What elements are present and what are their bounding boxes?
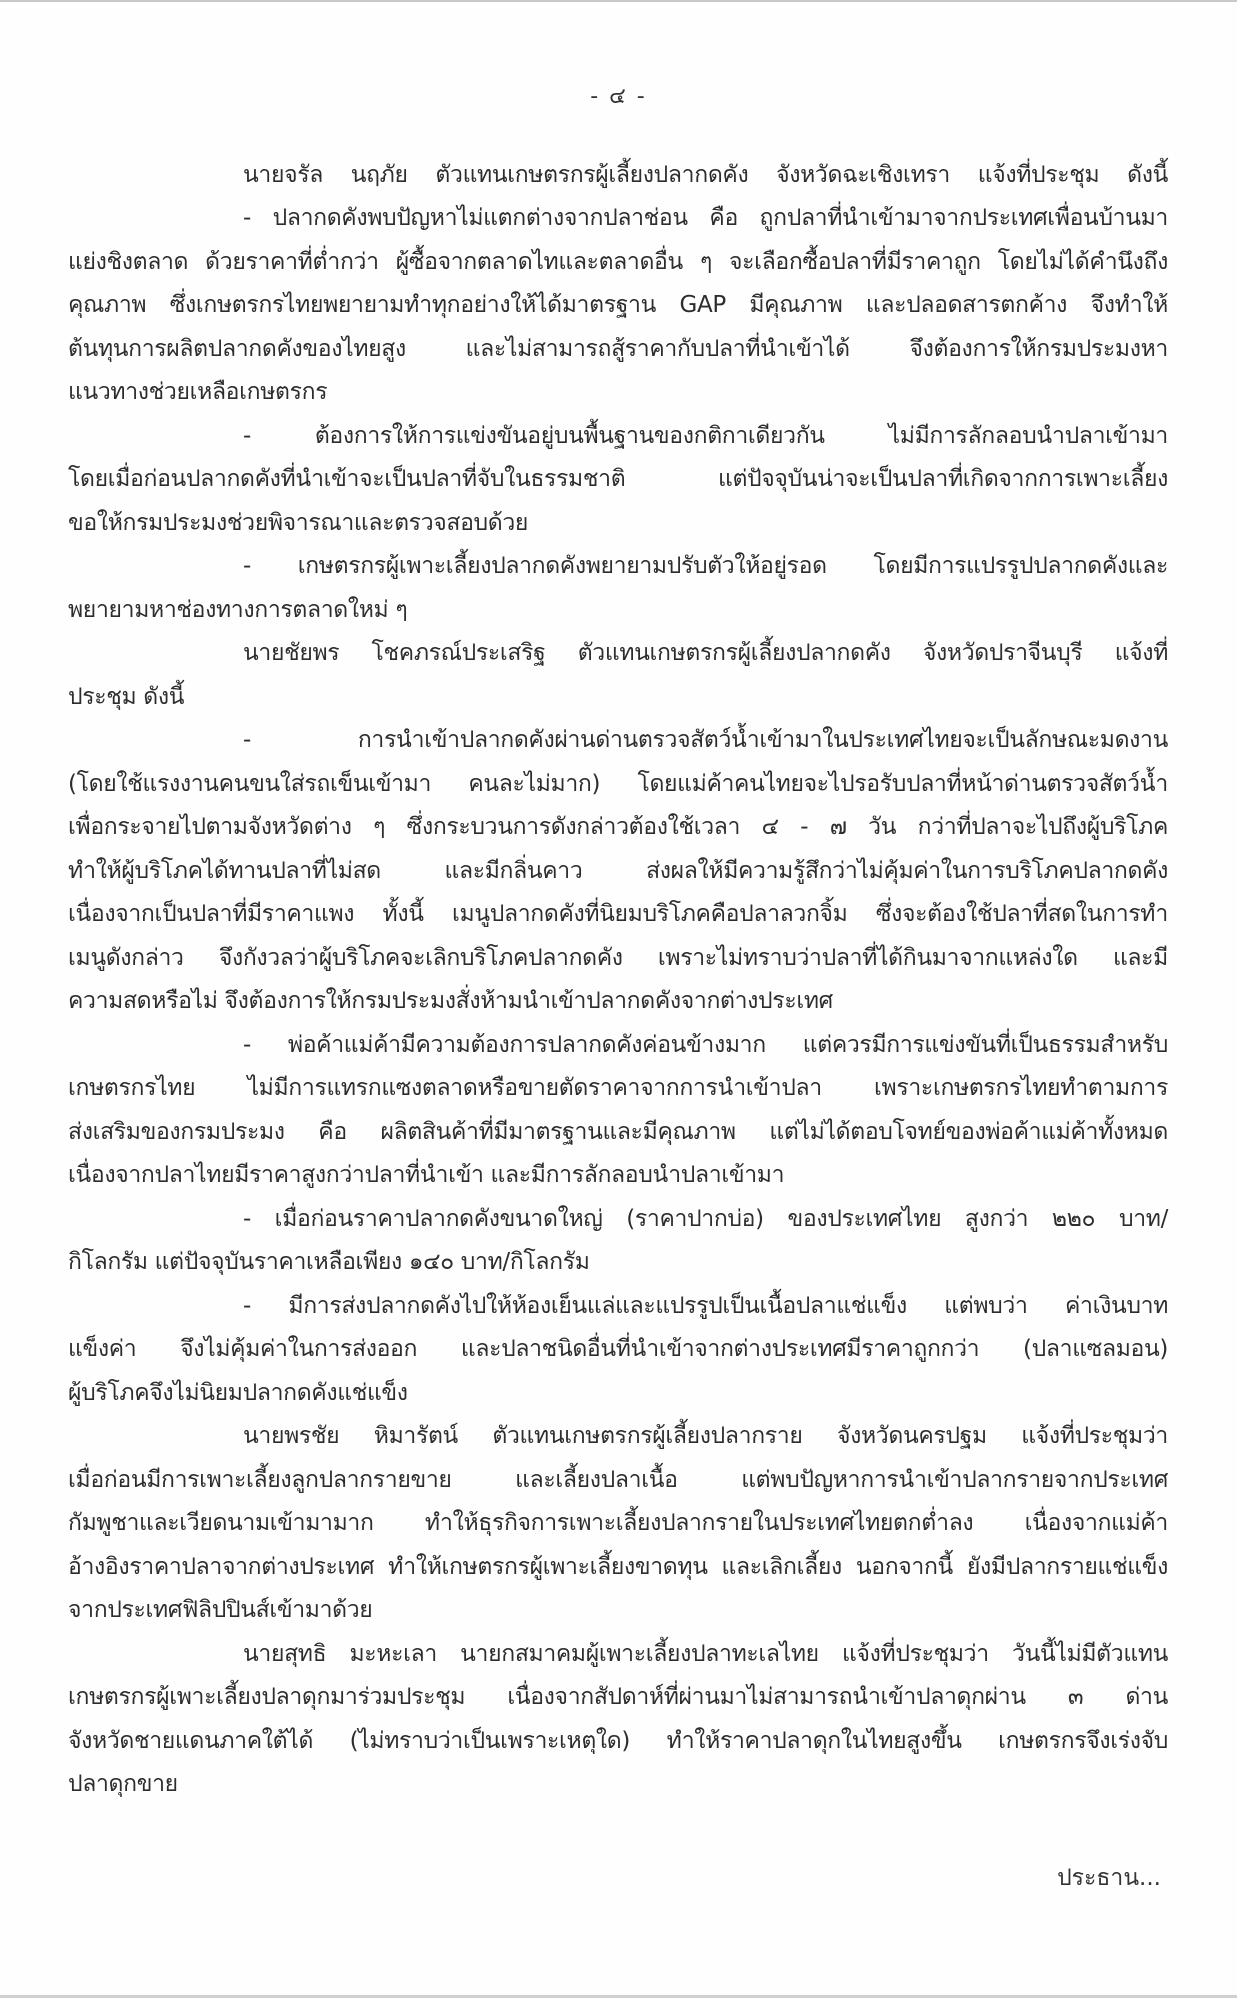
text-line: แข็งค่า จึงไม่คุ้มค่าในการส่งออก และปลาช… <box>68 1334 1168 1364</box>
text-line: - พ่อค้าแม่ค้ามีความต้องการปลากดคังค่อนข… <box>243 1030 1168 1060</box>
text-line: ปลาดุกขาย <box>68 1769 1168 1799</box>
text-line: โดยเมื่อก่อนปลากดคังที่นำเข้าจะเป็นปลาที… <box>68 464 1168 494</box>
page-number: - ๔ - <box>0 78 1237 113</box>
text-line: - การนำเข้าปลากดคังผ่านด่านตรวจสัตว์น้ำเ… <box>243 725 1168 755</box>
scan-edge-top <box>0 0 1237 2</box>
text-line: (โดยใช้แรงงานคนขนใส่รถเข็นเข้ามา คนละไม่… <box>68 769 1168 799</box>
text-line: เนื่องจากเป็นปลาที่มีราคาแพง ทั้งนี้ เมน… <box>68 899 1168 929</box>
text-line: เกษตรกรผู้เพาะเลี้ยงปลาดุกมาร่วมประชุม เ… <box>68 1682 1168 1712</box>
text-line: - ปลากดคังพบปัญหาไม่แตกต่างจากปลาช่อน คื… <box>243 203 1168 233</box>
text-line: ขอให้กรมประมงช่วยพิจารณาและตรวจสอบด้วย <box>68 508 1168 538</box>
text-line: แย่งชิงตลาด ด้วยราคาที่ต่ำกว่า ผู้ซื้อจา… <box>68 247 1168 277</box>
text-line: เมนูดังกล่าว จึงกังวลว่าผู้บริโภคจะเลิกบ… <box>68 943 1168 973</box>
text-line: ทำให้ผู้บริโภคได้ทานปลาที่ไม่สด และมีกลิ… <box>68 856 1168 886</box>
text-line: เนื่องจากปลาไทยมีราคาสูงกว่าปลาที่นำเข้า… <box>68 1160 1168 1190</box>
text-line: ต้นทุนการผลิตปลากดคังของไทยสูง และไม่สาม… <box>68 334 1168 364</box>
text-line: ผู้บริโภคจึงไม่นิยมปลากดคังแช่แข็ง <box>68 1378 1168 1408</box>
text-line: กัมพูชาและเวียดนามเข้ามามาก ทำให้ธุรกิจก… <box>68 1508 1168 1538</box>
text-line: จังหวัดชายแดนภาคใต้ได้ (ไม่ทราบว่าเป็นเพ… <box>68 1726 1168 1756</box>
text-line: จากประเทศฟิลิปปินส์เข้ามาด้วย <box>68 1595 1168 1625</box>
text-line: นายชัยพร โชคภรณ์ประเสริฐ ตัวแทนเกษตรกรผู… <box>243 638 1168 668</box>
text-line: นายพรชัย หิมารัตน์ ตัวแทนเกษตรกรผู้เลี้ย… <box>243 1421 1168 1451</box>
text-line: แนวทางช่วยเหลือเกษตรกร <box>68 377 1168 407</box>
text-line: เพื่อกระจายไปตามจังหวัดต่าง ๆ ซึ่งกระบวน… <box>68 812 1168 842</box>
text-line: พยายามหาช่องทางการตลาดใหม่ ๆ <box>68 595 1168 625</box>
text-line: - เมื่อก่อนราคาปลากดคังขนาดใหญ่ (ราคาปาก… <box>243 1204 1168 1234</box>
text-line: - ต้องการให้การแข่งขันอยู่บนพื้นฐานของกต… <box>243 421 1168 451</box>
text-line: ประชุม ดังนี้ <box>68 682 1168 712</box>
text-line: กิโลกรัม แต่ปัจจุบันราคาเหลือเพียง ๑๔๐ บ… <box>68 1247 1168 1277</box>
text-line: - เกษตรกรผู้เพาะเลี้ยงปลากดคังพยายามปรับ… <box>243 551 1168 581</box>
continuation-marker: ประธาน... <box>1057 1860 1161 1896</box>
text-line: นายจรัล นฤภัย ตัวแทนเกษตรกรผู้เลี้ยงปลาก… <box>243 160 1168 190</box>
text-line: นายสุทธิ มะหะเลา นายกสมาคมผู้เพาะเลี้ยงป… <box>243 1639 1168 1669</box>
text-line: เมื่อก่อนมีการเพาะเลี้ยงลูกปลากรายขาย แล… <box>68 1465 1168 1495</box>
text-line: คุณภาพ ซึ่งเกษตรกรไทยพยายามทำทุกอย่างให้… <box>68 290 1168 320</box>
text-line: ความสดหรือไม่ จึงต้องการให้กรมประมงสั่งห… <box>68 986 1168 1016</box>
text-line: เกษตรกรไทย ไม่มีการแทรกแซงตลาดหรือขายตัด… <box>68 1073 1168 1103</box>
text-line: ส่งเสริมของกรมประมง คือ ผลิตสินค้าที่มีม… <box>68 1117 1168 1147</box>
document-page: - ๔ - นายจรัล นฤภัย ตัวแทนเกษตรกรผู้เลี้… <box>0 0 1237 1998</box>
text-line: อ้างอิงราคาปลาจากต่างประเทศ ทำให้เกษตรกร… <box>68 1552 1168 1582</box>
text-line: - มีการส่งปลากดคังไปให้ห้องเย็นแล่และแปร… <box>243 1291 1168 1321</box>
